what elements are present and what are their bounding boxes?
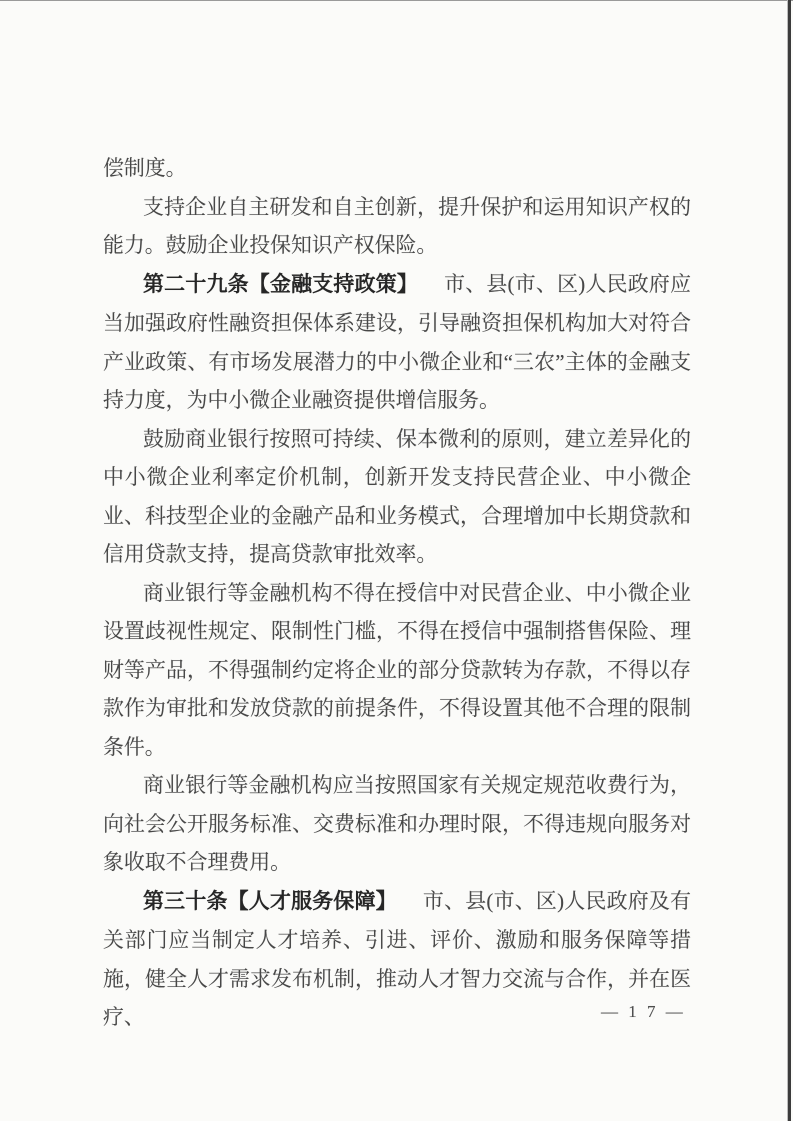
paragraph-ip-protection: 支持企业自主研发和自主创新，提升保护和运用知识产权的能力。鼓励企业投保知识产权保…	[103, 188, 691, 265]
document-body: 偿制度。 支持企业自主研发和自主创新，提升保护和运用知识产权的能力。鼓励企业投保…	[103, 149, 691, 1037]
scan-edge-top	[0, 0, 793, 1]
article-29-heading: 第二十九条【金融支持政策】	[143, 273, 418, 296]
article-29-paragraph: 第二十九条【金融支持政策】市、县(市、区)人民政府应当加强政府性融资担保体系建设…	[103, 265, 691, 420]
page-number: — 1 7 —	[601, 1002, 686, 1022]
scan-edge-right	[788, 0, 791, 1121]
paragraph-continuation: 偿制度。	[103, 149, 691, 188]
paragraph-bank-encourage: 鼓励商业银行按照可持续、保本微利的原则，建立差异化的中小微企业利率定价机制，创新…	[103, 420, 691, 574]
paragraph-bank-prohibitions: 商业银行等金融机构不得在授信中对民营企业、中小微企业设置歧视性规定、限制性门槛，…	[103, 574, 691, 767]
paragraph-bank-fees: 商业银行等金融机构应当按照国家有关规定规范收费行为，向社会公开服务标准、交费标准…	[103, 766, 691, 882]
article-30-heading: 第三十条【人才服务保障】	[143, 890, 397, 913]
